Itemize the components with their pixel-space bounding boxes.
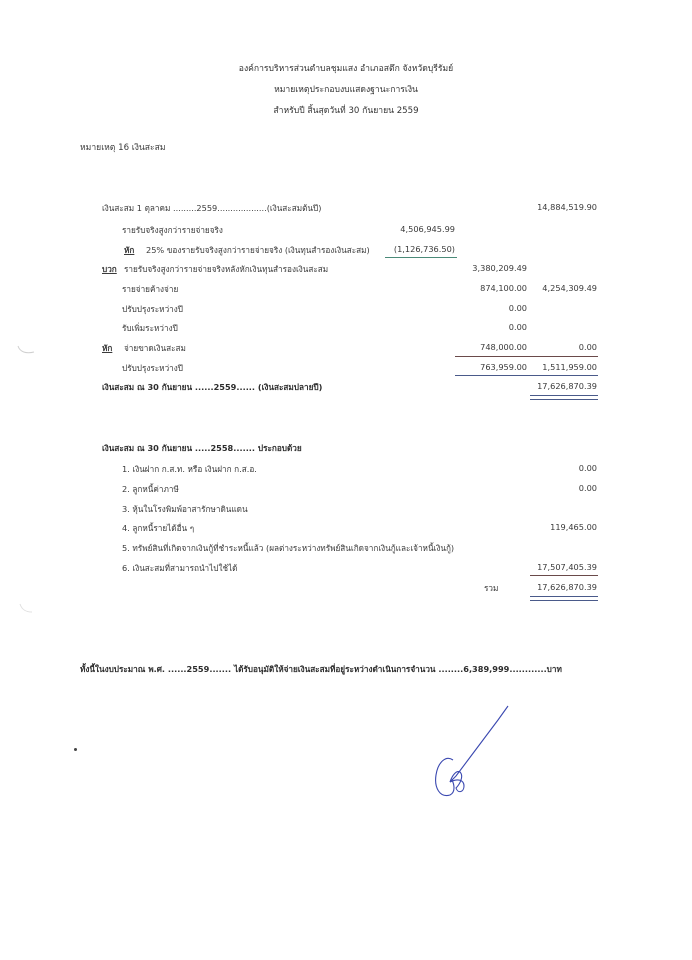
opening-balance-label: เงินสะสม 1 ตุลาคม .........2559.........…: [102, 202, 321, 215]
row-col2: 0.00: [450, 303, 527, 313]
note-title: หมายเหตุ 16 เงินสะสม: [80, 140, 166, 154]
row-col2: 0.00: [450, 322, 527, 332]
double-underline: [530, 596, 598, 601]
row-label: รายจ่ายค้างจ่าย: [122, 283, 178, 296]
budget-footer-note: ทั้งนี้ในงบประมาณ พ.ศ. ......2559.......…: [80, 663, 562, 676]
closing-balance-label: เงินสะสม ณ 30 กันยายน ......2559...... (…: [102, 381, 322, 394]
row-label: ปรับปรุงระหว่างปี: [122, 303, 183, 316]
row-col1: 4,506,945.99: [370, 224, 455, 234]
list-item: 6. เงินสะสมที่สามารถนำไปใช้ได้: [122, 562, 237, 575]
scan-mark-icon: [16, 342, 46, 362]
list-item: 4. ลูกหนี้รายได้อื่น ๆ: [122, 522, 194, 535]
underline: [530, 575, 598, 576]
underline: [385, 257, 457, 258]
composition-heading: เงินสะสม ณ 30 กันยายน .....2558....... ป…: [102, 442, 302, 455]
list-item-amount: 119,465.00: [500, 522, 597, 532]
signature-icon: [428, 700, 528, 810]
opening-balance-amount: 14,884,519.90: [500, 202, 597, 212]
row-col2: 3,380,209.49: [450, 263, 527, 273]
scan-mark-icon: [18, 600, 38, 620]
org-line: องค์การบริหารส่วนตำบลชุมแสง อำเภอสตึก จั…: [0, 61, 692, 75]
document-title: หมายเหตุประกอบงบแสดงฐานะการเงิน: [0, 82, 692, 96]
list-item: 3. หุ้นในโรงพิมพ์อาสารักษาดินแดน: [122, 503, 248, 516]
row-col3: 0.00: [500, 342, 597, 352]
period-line: สำหรับปี สิ้นสุดวันที่ 30 กันยายน 2559: [0, 103, 692, 117]
list-item-amount: 0.00: [500, 463, 597, 473]
list-item: 5. ทรัพย์สินที่เกิดจากเงินกู้ที่ชำระหนี้…: [122, 542, 454, 555]
row-prefix-deduct: หัก: [124, 244, 134, 257]
total-label: รวม: [484, 582, 498, 595]
row-prefix-deduct: หัก: [102, 342, 112, 355]
row-label: รายรับจริงสูงกว่ารายจ่ายจริงหลังหักเงินท…: [124, 263, 328, 276]
total-amount: 17,626,870.39: [500, 582, 597, 592]
scan-dot: [74, 748, 77, 751]
row-label: 25% ของรายรับจริงสูงกว่ารายจ่ายจริง (เงิ…: [146, 244, 370, 257]
list-item-amount: 17,507,405.39: [500, 562, 597, 572]
list-item: 2. ลูกหนี้ค่าภาษี: [122, 483, 179, 496]
row-col3: 4,254,309.49: [500, 283, 597, 293]
list-item-amount: 0.00: [500, 483, 597, 493]
closing-balance-amount: 17,626,870.39: [500, 381, 597, 391]
row-label: จ่ายขาดเงินสะสม: [124, 342, 186, 355]
row-label: รายรับจริงสูงกว่ารายจ่ายจริง: [122, 224, 223, 237]
list-item: 1. เงินฝาก ก.ส.ท. หรือ เงินฝาก ก.ส.อ.: [122, 463, 257, 476]
row-prefix-add: บวก: [102, 263, 117, 276]
double-underline: [530, 395, 598, 400]
row-label: ปรับปรุงระหว่างปี: [122, 362, 183, 375]
row-col1: (1,126,736.50): [370, 244, 455, 254]
underline: [455, 375, 598, 376]
row-label: รับเพิ่มระหว่างปี: [122, 322, 178, 335]
row-col3: 1,511,959.00: [500, 362, 597, 372]
underline: [455, 356, 598, 357]
